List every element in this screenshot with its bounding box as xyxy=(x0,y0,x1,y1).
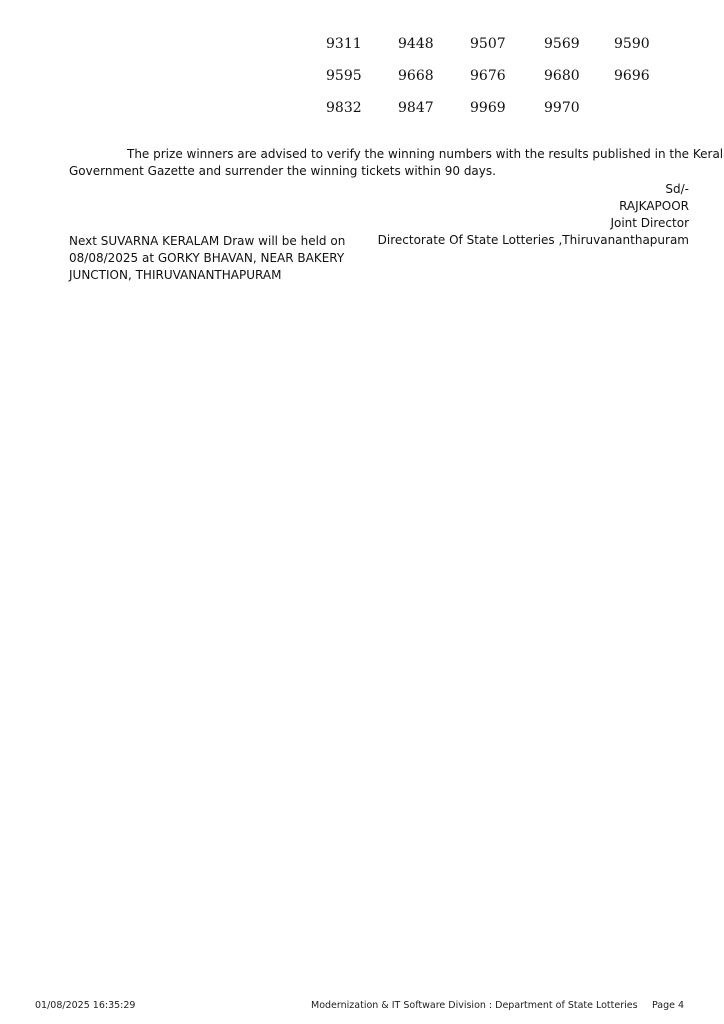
winning-number: 9569 xyxy=(544,36,614,52)
notice-line: The prize winners are advised to verify … xyxy=(69,146,689,163)
verification-notice: The prize winners are advised to verify … xyxy=(69,146,689,180)
next-draw-info: Next SUVARNA KERALAM Draw will be held o… xyxy=(69,233,369,284)
division-name: Modernization & IT Software Division : D… xyxy=(311,1000,638,1011)
numbers-row: 9595 9668 9676 9680 9696 xyxy=(326,60,686,92)
winning-number: 9590 xyxy=(614,36,686,52)
numbers-row: 9832 9847 9969 9970 xyxy=(326,92,686,124)
signatory-office: Directorate Of State Lotteries ,Thiruvan… xyxy=(378,232,689,249)
winning-number: 9311 xyxy=(326,36,398,52)
winning-number: 9595 xyxy=(326,68,398,84)
winning-number: 9680 xyxy=(544,68,614,84)
next-draw-line: Next SUVARNA KERALAM Draw will be held o… xyxy=(69,233,369,250)
winning-number: 9969 xyxy=(470,100,544,116)
winning-numbers-table: 9311 9448 9507 9569 9590 9595 9668 9676 … xyxy=(326,28,686,124)
winning-number: 9507 xyxy=(470,36,544,52)
winning-number: 9970 xyxy=(544,100,614,116)
signatory-name: RAJKAPOOR xyxy=(378,198,689,215)
next-draw-line: 08/08/2025 at GORKY BHAVAN, NEAR BAKERY xyxy=(69,250,369,267)
winning-number: 9448 xyxy=(398,36,470,52)
next-draw-line: JUNCTION, THIRUVANANTHAPURAM xyxy=(69,267,369,284)
signatory-designation: Joint Director xyxy=(378,215,689,232)
numbers-row: 9311 9448 9507 9569 9590 xyxy=(326,28,686,60)
winning-number: 9676 xyxy=(470,68,544,84)
winning-number: 9832 xyxy=(326,100,398,116)
winning-number: 9668 xyxy=(398,68,470,84)
winning-number: 9847 xyxy=(398,100,470,116)
winning-number: 9696 xyxy=(614,68,686,84)
signature-block: Sd/- RAJKAPOOR Joint Director Directorat… xyxy=(378,181,689,249)
page-number: Page 4 xyxy=(652,1000,684,1011)
signed-mark: Sd/- xyxy=(378,181,689,198)
notice-line: Government Gazette and surrender the win… xyxy=(69,163,689,180)
print-timestamp: 01/08/2025 16:35:29 xyxy=(35,1000,135,1011)
